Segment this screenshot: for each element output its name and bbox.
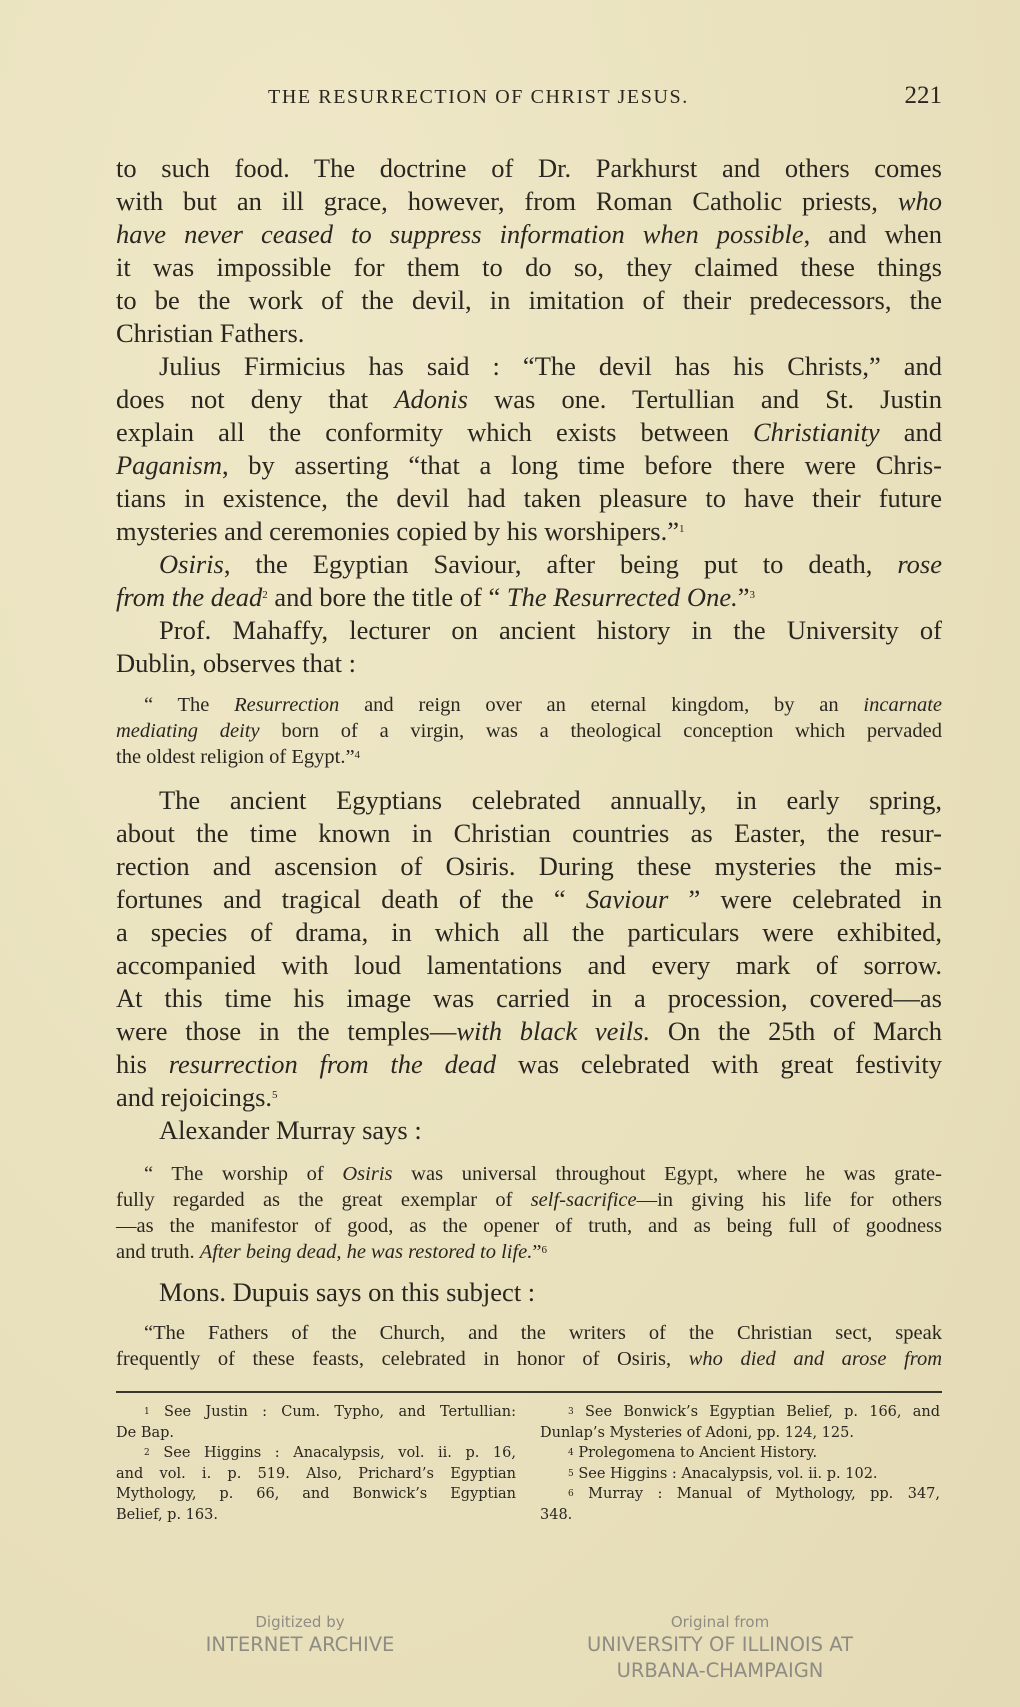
text-line: “ The Resurrection and reign over an ete… [116,692,942,718]
text-line: —as the manifestor of good, as the opene… [116,1213,942,1239]
text-line: the oldest religion of Egypt.”4 [116,744,942,770]
text-line: with but an ill grace, however, from Rom… [116,185,942,218]
text-line: fortunes and tragical death of the “ Sav… [116,883,942,916]
page-number: 221 [905,82,943,110]
footnote-5: 5 See Higgins : Anacalypsis, vol. ii. p.… [540,1464,940,1485]
text-line: The ancient Egyptians celebrated annuall… [116,784,942,817]
paragraph-2: Julius Firmicius has said : “The devil h… [116,350,942,548]
text-line: about the time known in Christian countr… [116,817,942,850]
paragraph-6: Alexander Murray says : [116,1114,942,1147]
text-line: tians in existence, the devil had taken … [116,482,942,515]
running-title: THE RESURRECTION OF CHRIST JESUS. [268,86,689,109]
text-line: from the dead2 and bore the title of “ T… [116,581,942,614]
text-line: does not deny that Adonis was one. Tertu… [116,383,942,416]
text-line: mysteries and ceremonies copied by his w… [116,515,942,548]
text-line: frequently of these feasts, celebrated i… [116,1346,942,1372]
block-quote-1: “ The Resurrection and reign over an ete… [116,692,942,770]
footnote-2: 2 See Higgins : Anacalypsis, vol. ii. p.… [116,1443,516,1525]
text-line: Paganism, by asserting “that a long time… [116,449,942,482]
paragraph-1: to such food. The doctrine of Dr. Parkhu… [116,152,942,350]
text-line: Mons. Dupuis says on this subject : [116,1276,942,1309]
footnote-ref: 4 [355,749,361,761]
footnote-ref: 3 [749,589,755,601]
text-line: Dublin, observes that : [116,647,942,680]
paragraph-5: The ancient Egyptians celebrated annuall… [116,784,942,1114]
footnote-1: 1 See Justin : Cum. Typho, and Tertullia… [116,1402,516,1443]
text-line: and rejoicings.5 [116,1081,942,1114]
text-line: to be the work of the devil, in imitatio… [116,284,942,317]
block-quote-3: “The Fathers of the Church, and the writ… [116,1320,942,1372]
text-line: Osiris, the Egyptian Saviour, after bein… [116,548,942,581]
text-line: to such food. The doctrine of Dr. Parkhu… [116,152,942,185]
text-line: Prof. Mahaffy, lecturer on ancient histo… [116,614,942,647]
footnote-ref: 2 [262,589,268,601]
footnote-ref: 6 [542,1244,548,1256]
block-quote-2: “ The worship of Osiris was universal th… [116,1161,942,1265]
original-from-watermark: Original from UNIVERSITY OF ILLINOIS AT … [570,1612,870,1684]
text-line: At this time his image was carried in a … [116,982,942,1015]
text-line: rection and ascension of Osiris. During … [116,850,942,883]
book-page: THE RESURRECTION OF CHRIST JESUS. 221 to… [0,0,1020,1707]
text-line: accompanied with loud lamentations and e… [116,949,942,982]
paragraph-4: Prof. Mahaffy, lecturer on ancient histo… [116,614,942,680]
text-line: “ The worship of Osiris was universal th… [116,1161,942,1187]
text-line: mediating deity born of a virgin, was a … [116,718,942,744]
digitized-by-watermark: Digitized by INTERNET ARCHIVE [190,1612,410,1658]
text-line: it was impossible for them to do so, the… [116,251,942,284]
footnote-6: 6 Murray : Manual of Mythology, pp. 347,… [540,1484,940,1525]
text-line: fully regarded as the great exemplar of … [116,1187,942,1213]
text-line: and truth. After being dead, he was rest… [116,1239,942,1265]
footnote-ref: 1 [679,523,685,535]
paragraph-3: Osiris, the Egyptian Saviour, after bein… [116,548,942,614]
footnote-4: 4 Prolegomena to Ancient History. [540,1443,940,1464]
footnote-divider [116,1391,942,1393]
footnote-3: 3 See Bonwick’s Egyptian Belief, p. 166,… [540,1402,940,1443]
text-line: Alexander Murray says : [116,1114,942,1147]
text-line: Christian Fathers. [116,317,942,350]
text-line: Julius Firmicius has said : “The devil h… [116,350,942,383]
footnotes-right-column: 3 See Bonwick’s Egyptian Belief, p. 166,… [540,1402,940,1525]
running-head: THE RESURRECTION OF CHRIST JESUS. 221 [268,82,942,112]
text-line: his resurrection from the dead was celeb… [116,1048,942,1081]
paragraph-7: Mons. Dupuis says on this subject : [116,1276,942,1309]
text-line: were those in the temples—with black vei… [116,1015,942,1048]
text-line: “The Fathers of the Church, and the writ… [116,1320,942,1346]
text-line: a species of drama, in which all the par… [116,916,942,949]
footnote-ref: 5 [272,1089,278,1101]
text-line: have never ceased to suppress informatio… [116,218,942,251]
text-line: explain all the conformity which exists … [116,416,942,449]
footnotes-left-column: 1 See Justin : Cum. Typho, and Tertullia… [116,1402,516,1525]
